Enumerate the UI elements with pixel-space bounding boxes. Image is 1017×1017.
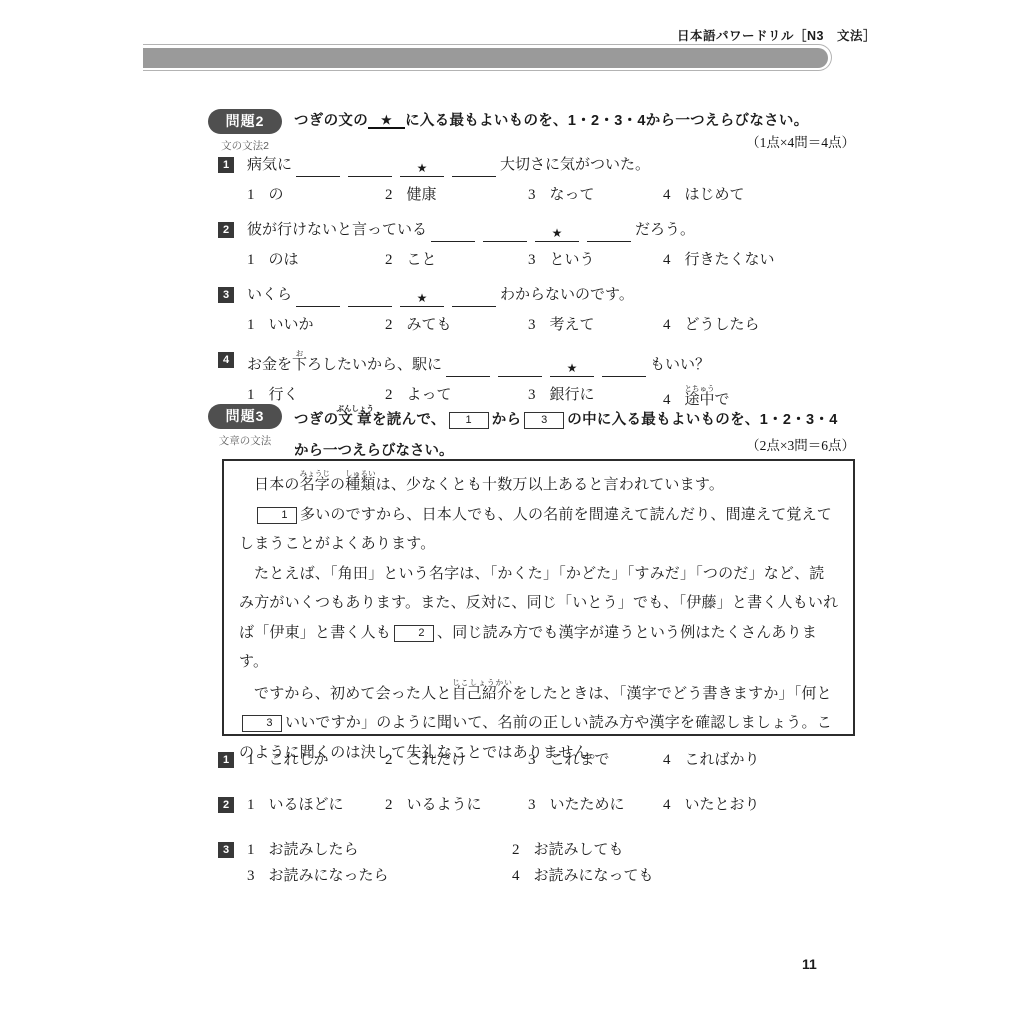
blank-line: [296, 161, 340, 177]
option-number: 1: [247, 314, 255, 336]
option-text: 行きたくない: [685, 252, 775, 268]
option-number: 3: [528, 314, 536, 336]
option-number: 4: [663, 184, 671, 206]
option-item: 3なって: [528, 184, 663, 206]
options-row: 1いるほどに2いるように3いたために4いたとおり: [247, 794, 760, 816]
option-number: 1: [247, 794, 255, 816]
page-header-title: 日本語パワードリル［N3 文法］: [677, 26, 876, 44]
option-text: どうしたら: [685, 317, 760, 333]
question-line: 4お金を下おろしたいから、駅に ★ もいい？: [218, 349, 873, 377]
problem2-instruction: つぎの文の★に入る最もよいものを、1・2・3・4から一つえらびなさい。: [294, 109, 809, 134]
question-line: 2彼が行けないと言っている ★ だろう。: [218, 219, 873, 242]
option-text: みても: [407, 317, 452, 333]
blank-line: [348, 161, 392, 177]
question-row: 11これしか2これだけ3これまで4こればかり: [218, 749, 873, 771]
question-number: 2: [218, 222, 234, 238]
option-number: 2: [385, 749, 393, 771]
option-item: 4こればかり: [663, 749, 760, 771]
option-item: 3いたために: [528, 794, 663, 816]
option-text: 健康: [407, 187, 437, 203]
option-item: 1お読みしたら: [247, 839, 512, 861]
blank-line: [348, 291, 392, 307]
question-stem: 病気に ★ 大切さに気がついた。: [247, 154, 650, 177]
options-row: 1お読みしたら2お読みしても3お読みになったら4お読みになっても: [247, 839, 654, 887]
option-number: 1: [247, 249, 255, 271]
option-number: 2: [385, 184, 393, 206]
option-text: これまで: [550, 752, 610, 768]
star-blank: ★: [535, 226, 579, 242]
option-number: 2: [385, 314, 393, 336]
problem3-category-label: 文章の文法: [219, 433, 272, 448]
option-item: 1のは: [247, 249, 385, 271]
passage-paragraph: たとえば、「角田」という名字は、「かくた」「かどた」「すみだ」「つのだ」など、読…: [239, 560, 839, 678]
question-row: 3いくら ★ わからないのです。1いいか2みても3考えて4どうしたら: [218, 284, 873, 336]
instruction-prefix: つぎの文の: [294, 113, 368, 129]
option-number: 2: [385, 249, 393, 271]
inline-answer-box: 3: [242, 715, 282, 732]
option-text: いるように: [407, 797, 482, 813]
blank-line: [587, 226, 631, 242]
option-item: 2いるように: [385, 794, 528, 816]
option-text: の: [269, 187, 284, 203]
question-row: 31お読みしたら2お読みしても3お読みになったら4お読みになっても: [218, 839, 873, 887]
problem2-questions: 1病気に ★ 大切さに気がついた。1の2健康3なって4はじめて2彼が行けないと言…: [218, 154, 873, 424]
option-text: 銀行に: [550, 387, 595, 403]
question-number: 3: [218, 287, 234, 303]
option-text: いるほどに: [269, 797, 344, 813]
question-row: 4お金を下おろしたいから、駅に ★ もいい？1行く2よって3銀行に4途中とちゅう…: [218, 349, 873, 411]
option-item: 1いいか: [247, 314, 385, 336]
star-blank: ★: [400, 161, 444, 177]
option-text: 考えて: [550, 317, 595, 333]
textbook-page: 日本語パワードリル［N3 文法］ 問題2 文の文法2 つぎの文の★に入る最もよい…: [0, 0, 1017, 1017]
option-text: という: [550, 252, 595, 268]
inline-answer-box: 1: [449, 412, 489, 429]
option-item: 1の: [247, 184, 385, 206]
options-row: 1の2健康3なって4はじめて: [247, 184, 873, 206]
option-item: 4行きたくない: [663, 249, 873, 271]
header-divider-bar: [143, 44, 832, 71]
option-text: はじめて: [685, 187, 745, 203]
question-number: 2: [218, 797, 234, 813]
option-number: 2: [512, 839, 520, 861]
option-text: これだけ: [407, 752, 467, 768]
header-divider-bar-fill: [143, 48, 828, 68]
blank-line: [452, 291, 496, 307]
option-number: 4: [663, 794, 671, 816]
reading-passage-box: 日本の名字みょうじの種類しゅるいは、少なくとも十数万以上あると言われています。1…: [222, 459, 855, 736]
option-text: お読みになったら: [269, 868, 389, 884]
star-blank-sample: ★: [368, 114, 405, 129]
option-number: 1: [247, 839, 255, 861]
problem3-badge-column: 問題3 文章の文法: [207, 404, 283, 448]
option-number: 4: [663, 314, 671, 336]
ruby-annotated-word: 種類しゅるい: [345, 477, 375, 493]
option-number: 3: [247, 865, 255, 887]
option-text: 行く: [269, 387, 299, 403]
passage-paragraph: 日本の名字みょうじの種類しゅるいは、少なくとも十数万以上あると言われています。: [239, 469, 839, 501]
passage-paragraph: 1多いのですから、日本人でも、人の名前を間違えて読んだり、間違えて覚えてしまうこ…: [239, 501, 839, 560]
ruby-annotated-word: 文章ぶんしょう: [338, 412, 372, 428]
option-text: よって: [407, 387, 452, 403]
question-row: 2彼が行けないと言っている ★ だろう。1のは2こと3という4行きたくない: [218, 219, 873, 271]
option-number: 3: [528, 749, 536, 771]
option-item: 1これしか: [247, 749, 385, 771]
star-blank: ★: [400, 291, 444, 307]
ruby-annotated-word: 下お: [292, 357, 307, 373]
option-text: いたために: [550, 797, 625, 813]
option-number: 3: [528, 384, 536, 406]
inline-answer-box: 2: [394, 625, 434, 642]
option-item: 3考えて: [528, 314, 663, 336]
question-row: 21いるほどに2いるように3いたために4いたとおり: [218, 794, 873, 816]
question-stem: お金を下おろしたいから、駅に ★ もいい？: [247, 349, 710, 377]
question-line: 3いくら ★ わからないのです。: [218, 284, 873, 307]
option-item: 2お読みしても: [512, 839, 654, 861]
page-number: 11: [802, 956, 817, 972]
blank-line: [483, 226, 527, 242]
question-line: 1病気に ★ 大切さに気がついた。: [218, 154, 873, 177]
option-number: 2: [385, 794, 393, 816]
option-number: 4: [663, 749, 671, 771]
option-item: 3お読みになったら: [247, 865, 512, 887]
option-text: いいか: [269, 317, 314, 333]
blank-line: [431, 226, 475, 242]
question-line: 21いるほどに2いるように3いたために4いたとおり: [218, 794, 873, 816]
option-text: こればかり: [685, 752, 760, 768]
blank-line: [296, 291, 340, 307]
option-number: 4: [512, 865, 520, 887]
option-item: 2健康: [385, 184, 528, 206]
blank-line: [498, 361, 542, 377]
problem2-score-note: （1点×4問＝4点）: [746, 131, 855, 151]
ruby-annotated-word: 自己紹介じこしょうかい: [452, 686, 513, 702]
question-line: 11これしか2これだけ3これまで4こればかり: [218, 749, 873, 771]
option-number: 4: [663, 249, 671, 271]
option-item: 2みても: [385, 314, 528, 336]
problem3-badge: 問題3: [208, 404, 282, 429]
option-item: 4お読みになっても: [512, 865, 654, 887]
question-stem: いくら ★ わからないのです。: [247, 284, 634, 307]
blank-line: [446, 361, 490, 377]
problem3-questions: 11これしか2これだけ3これまで4こればかり21いるほどに2いるように3いたため…: [218, 749, 873, 910]
option-item: 4いたとおり: [663, 794, 760, 816]
option-text: お読みしても: [534, 842, 624, 858]
question-number: 4: [218, 352, 234, 368]
options-row: 1のは2こと3という4行きたくない: [247, 249, 873, 271]
option-item: 1いるほどに: [247, 794, 385, 816]
option-item: 3という: [528, 249, 663, 271]
option-item: 2これだけ: [385, 749, 528, 771]
option-text: こと: [407, 252, 437, 268]
option-number: 1: [247, 184, 255, 206]
option-number: 1: [247, 749, 255, 771]
problem2-badge: 問題2: [208, 109, 282, 134]
question-number: 1: [218, 157, 234, 173]
option-text: これしか: [269, 752, 329, 768]
ruby-annotated-word: 名字みょうじ: [300, 477, 330, 493]
inline-answer-box: 1: [257, 507, 297, 524]
problem2-badge-column: 問題2 文の文法2: [207, 109, 283, 153]
question-line: 31お読みしたら2お読みしても3お読みになったら4お読みになっても: [218, 839, 873, 887]
options-row: 1これしか2これだけ3これまで4こればかり: [247, 749, 760, 771]
option-text: いたとおり: [685, 797, 760, 813]
problem3-score-note: （2点×3問＝6点）: [746, 434, 855, 454]
option-text: お読みしたら: [269, 842, 359, 858]
inline-answer-box: 3: [524, 412, 564, 429]
option-text: お読みになっても: [534, 868, 654, 884]
star-blank: ★: [550, 361, 594, 377]
blank-line: [602, 361, 646, 377]
instruction-suffix: に入る最もよいものを、1・2・3・4から一つえらびなさい。: [405, 113, 808, 129]
question-stem: 彼が行けないと言っている ★ だろう。: [247, 219, 695, 242]
option-item: 4どうしたら: [663, 314, 873, 336]
question-number: 1: [218, 752, 234, 768]
problem2-category-label: 文の文法2: [221, 138, 269, 153]
option-number: 1: [247, 384, 255, 406]
option-number: 2: [385, 384, 393, 406]
option-number: 3: [528, 249, 536, 271]
option-item: 3これまで: [528, 749, 663, 771]
options-row: 1いいか2みても3考えて4どうしたら: [247, 314, 873, 336]
option-text: なって: [550, 187, 595, 203]
option-number: 3: [528, 794, 536, 816]
option-text: のは: [269, 252, 299, 268]
option-number: 3: [528, 184, 536, 206]
question-row: 1病気に ★ 大切さに気がついた。1の2健康3なって4はじめて: [218, 154, 873, 206]
problem3-instruction-line1: つぎの文章ぶんしょうを読んで、1から3の中に入る最もよいものを、1・2・3・4: [294, 404, 838, 433]
blank-line: [452, 161, 496, 177]
option-item: 4はじめて: [663, 184, 873, 206]
question-number: 3: [218, 842, 234, 858]
option-item: 2こと: [385, 249, 528, 271]
